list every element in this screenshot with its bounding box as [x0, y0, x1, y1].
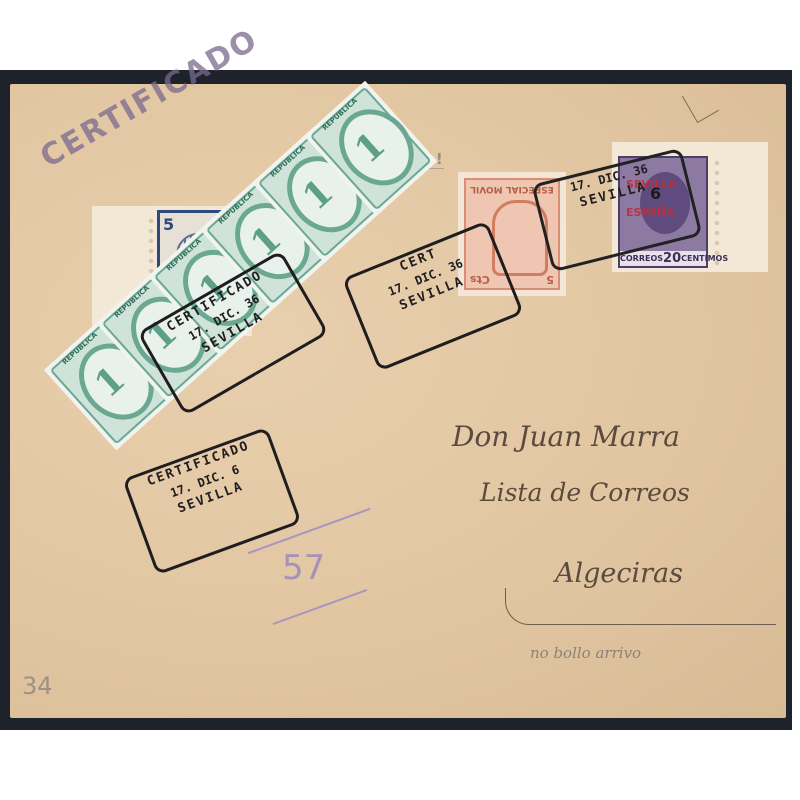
address-city: Algeciras [555, 558, 683, 589]
stamp-bottom-left: CORREOS [620, 254, 663, 263]
stamp-value: 20 [663, 251, 681, 266]
perforations [714, 158, 720, 268]
address-name: Don Juan Marra [452, 420, 680, 453]
pencil-number: 34 [22, 672, 53, 700]
address-line2: Lista de Correos [480, 478, 690, 507]
stamp-bottom-label: CORREOS 20 CENTIMOS [620, 251, 706, 266]
stamp-value: 5 [163, 215, 174, 234]
address-flourish [505, 588, 776, 625]
stamp-value: 5 [546, 273, 554, 286]
stamp-bottom-right: CENTIMOS [681, 254, 728, 263]
registration-number: 57 [282, 548, 325, 588]
pencil-note: no bollo arrivo [530, 644, 641, 662]
